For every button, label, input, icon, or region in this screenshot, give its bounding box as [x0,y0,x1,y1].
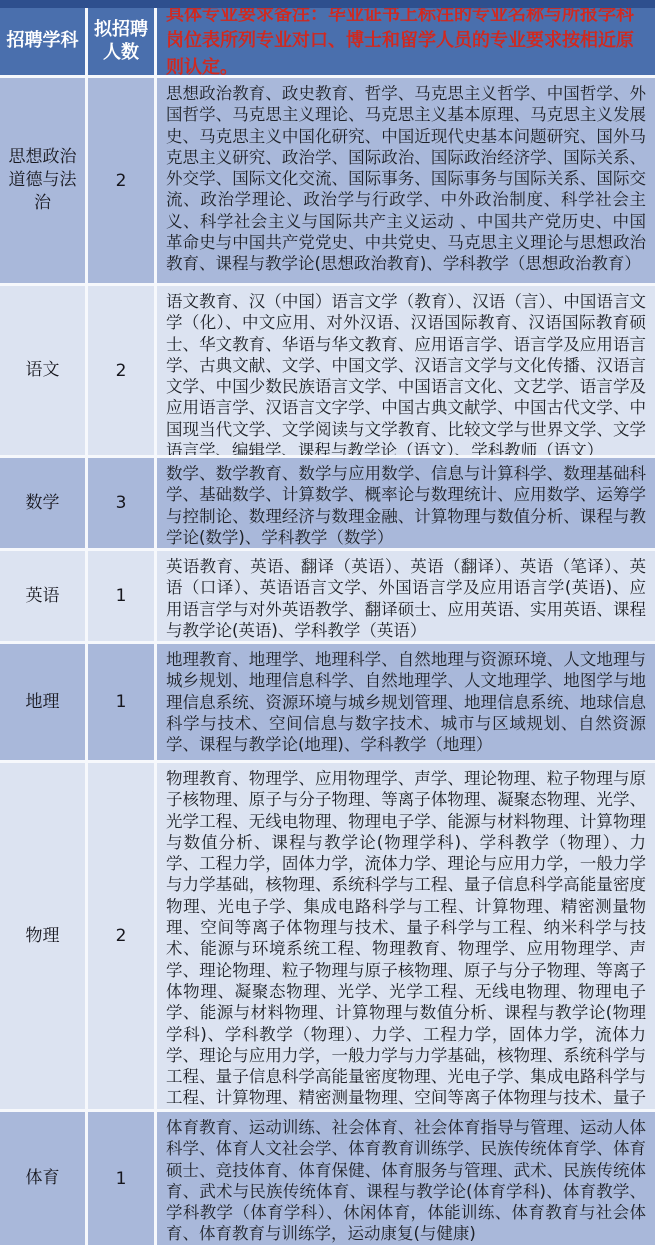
count-cell: 2 [88,78,154,283]
count-cell: 1 [88,644,154,760]
requirements-cell: 数学、数学教育、数学与应用数学、信息与计算科学、数理基础科学、基础数学、计算数学… [157,458,655,548]
subject-cell: 体育 [0,1112,85,1245]
header-count: 拟招聘人数 [88,8,154,75]
requirements-cell: 地理教育、地理学、地理科学、自然地理与资源环境、人文地理与城乡规划、地理信息科学… [157,644,655,760]
count-cell: 3 [88,458,154,548]
header-subject: 招聘学科 [0,8,85,75]
requirements-cell: 英语教育、英语、翻译（英语）、英语（翻译）、英语（笔译）、英语（口译）、英语语言… [157,551,655,641]
recruitment-table: 招聘学科 拟招聘人数 具体专业要求备注：毕业证书上标注的专业名称与所报学科岗位表… [0,0,655,1245]
count-cell: 2 [88,763,154,1109]
subject-cell: 数学 [0,458,85,548]
subject-cell: 地理 [0,644,85,760]
count-cell: 1 [88,1112,154,1245]
requirements-cell: 语文教育、汉（中国）语言文学（教育）、汉语（言）、中国语言文学（化）、中文应用、… [157,286,655,455]
header-requirements-notice: 具体专业要求备注：毕业证书上标注的专业名称与所报学科岗位表所列专业对口、博士和留… [157,8,655,75]
subject-cell: 英语 [0,551,85,641]
count-cell: 1 [88,551,154,641]
subject-cell: 语文 [0,286,85,455]
count-cell: 2 [88,286,154,455]
requirements-cell: 体育教育、运动训练、社会体育、社会体育指导与管理、运动人体科学、体育人文社会学、… [157,1112,655,1245]
requirements-cell: 物理教育、物理学、应用物理学、声学、理论物理、粒子物理与原子核物理、原子与分子物… [157,763,655,1109]
page: 招聘学科 拟招聘人数 具体专业要求备注：毕业证书上标注的专业名称与所报学科岗位表… [0,0,655,1245]
requirements-cell: 思想政治教育、政史教育、哲学、马克思主义哲学、中国哲学、外国哲学、马克思主义理论… [157,78,655,283]
subject-cell: 思想政治道德与法治 [0,78,85,283]
subject-cell: 物理 [0,763,85,1109]
